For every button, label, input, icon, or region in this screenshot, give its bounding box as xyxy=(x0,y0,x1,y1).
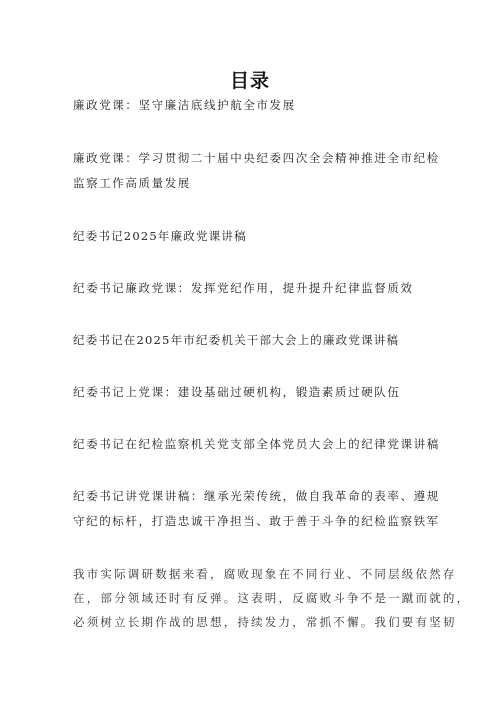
toc-entry-3[interactable]: 纪委书记2025年廉政党课讲稿 xyxy=(73,229,247,243)
toc-entry-8-line-1[interactable]: 纪委书记讲党课讲稿：继承光荣传统，做自我革命的表率、遵规 xyxy=(73,489,440,503)
toc-title: 目录 xyxy=(0,66,500,93)
toc-entry-1[interactable]: 廉政党课：坚守廉洁底线护航全市发展 xyxy=(73,98,296,112)
toc-entry-6[interactable]: 纪委书记上党课：建设基础过硬机构，锻造素质过硬队伍 xyxy=(73,385,401,399)
body-paragraph-line-2: 在，部分领域还时有反弹。这表明，反腐败斗争不是一蹴而就的， xyxy=(73,591,470,605)
toc-entry-5[interactable]: 纪委书记在2025年市纪委机关干部大会上的廉政党课讲稿 xyxy=(73,333,399,347)
body-paragraph-line-3: 必须树立长期作战的思想，持续发力，常抓不懈。我们要有坚韧 xyxy=(73,615,457,629)
document-page: 目录 廉政党课：坚守廉洁底线护航全市发展 廉政党课：学习贯彻二十届中央纪委四次全… xyxy=(0,0,500,707)
toc-entry-4[interactable]: 纪委书记廉政党课：发挥党纪作用，提升提升纪律监督质效 xyxy=(73,281,414,295)
toc-entry-2-line-2[interactable]: 监察工作高质量发展 xyxy=(73,176,191,190)
body-paragraph-line-1: 我市实际调研数据来看，腐败现象在不同行业、不同层级依然存 xyxy=(73,567,457,581)
toc-entry-8-line-2[interactable]: 守纪的标杆，打造忠诚干净担当、敢于善于斗争的纪检监察铁军 xyxy=(73,514,440,528)
toc-entry-2-line-1[interactable]: 廉政党课：学习贯彻二十届中央纪委四次全会精神推进全市纪检 xyxy=(73,151,440,165)
toc-entry-7[interactable]: 纪委书记在纪检监察机关党支部全体党员大会上的纪律党课讲稿 xyxy=(73,437,440,451)
